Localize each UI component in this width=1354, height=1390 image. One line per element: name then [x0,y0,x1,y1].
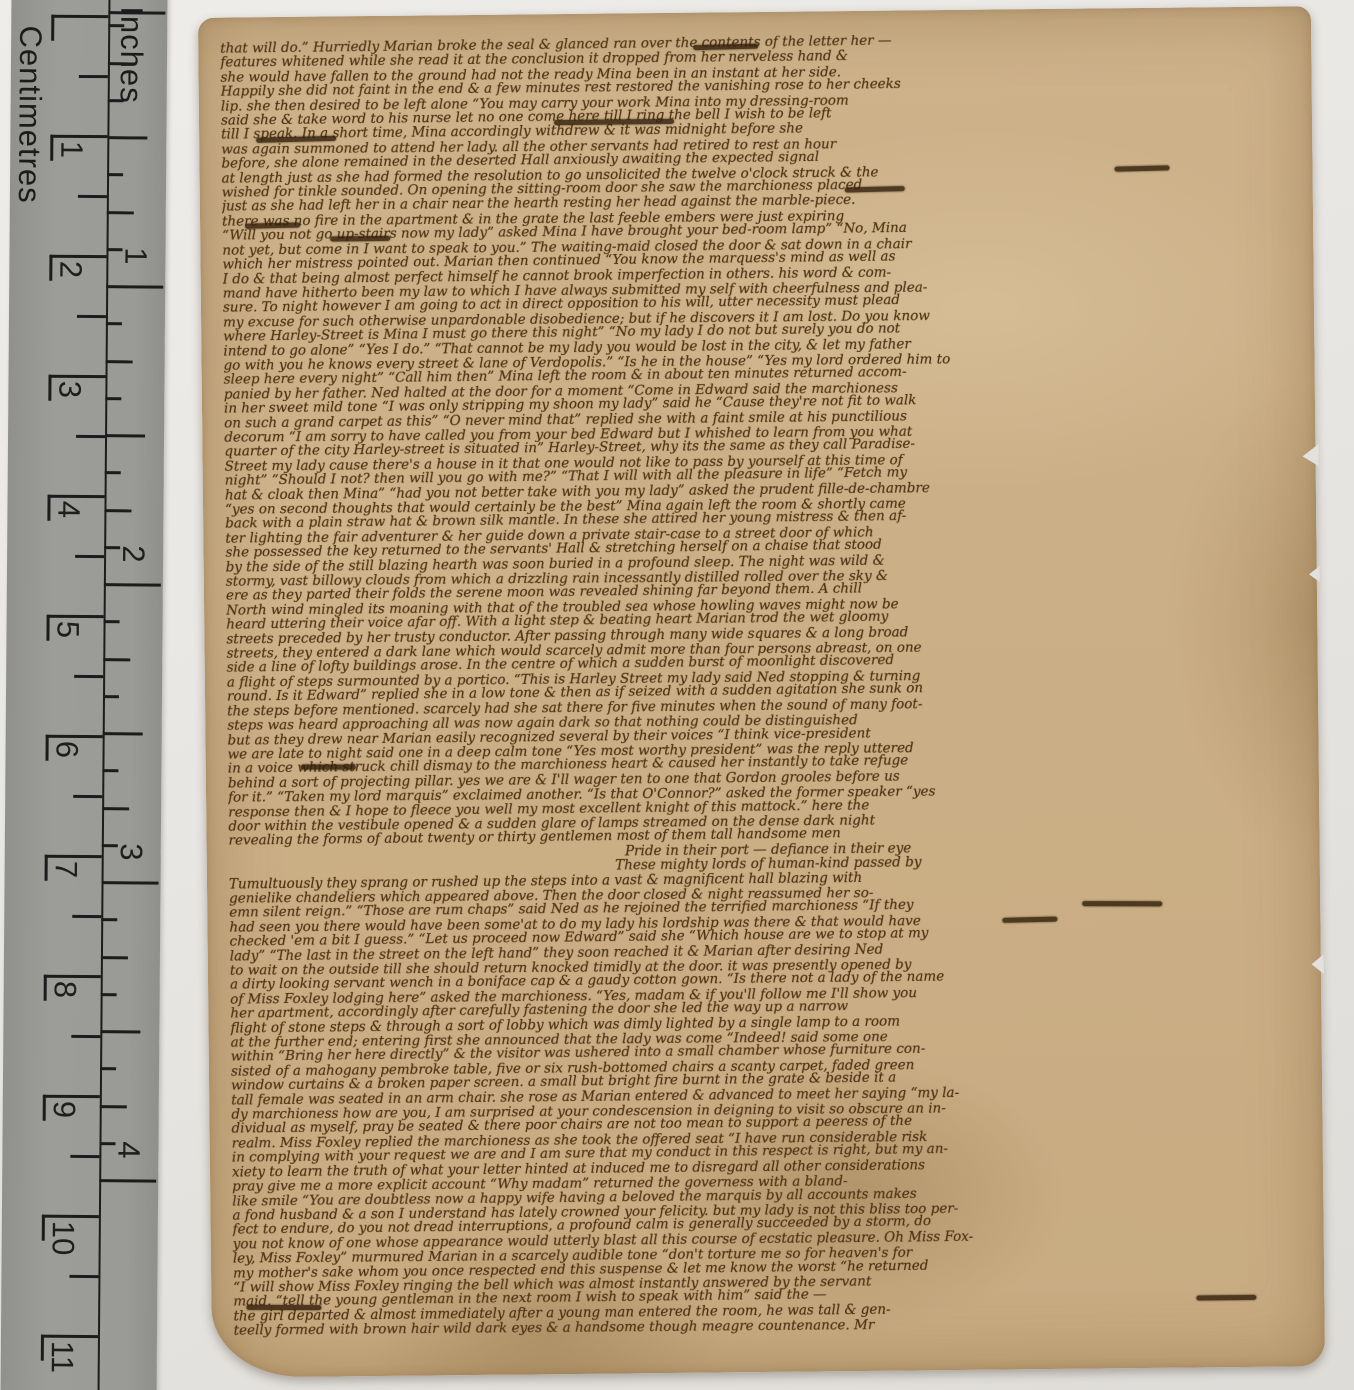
manuscript-page: that will do.” Hurriedly Marian broke th… [198,6,1325,1378]
ruler-tick [45,735,48,761]
paper-tear-notch [1302,444,1318,466]
ruler-tick [108,24,124,27]
ruler-tick [99,1179,156,1182]
ruler-tick [41,1335,44,1361]
ruler-tick [100,1105,127,1108]
ruler-tick [101,918,117,921]
ruler-tick [69,1275,98,1278]
ruler-tick [102,769,118,772]
ruler-tick [78,195,107,198]
ruler-inch-number: 3 [116,843,147,860]
ruler-tick [70,1155,99,1158]
ruler-tick [48,375,51,401]
ruler-tick [100,1067,116,1070]
ink-blot [1196,1295,1256,1301]
ink-blot [246,1305,321,1310]
ruler-tick [73,795,102,798]
ruler-tick [46,615,49,641]
ruler-tick [48,495,105,498]
ink-blot [330,236,390,242]
ink-smudges [198,6,1311,18]
ruler-tick [108,99,124,102]
ruler-tick [107,136,147,139]
ruler-tick [76,435,105,438]
ruler-tick [47,495,50,521]
ruler-cm-number: 4 [53,501,84,518]
ruler-tick [103,658,130,661]
ruler-cm-number: 2 [55,261,86,278]
ruler-tick [104,509,131,512]
ruler-tick [104,583,161,586]
ruler-cm-number: 8 [50,981,81,998]
ink-blot [1082,901,1162,906]
photo-backdrop: Inches Centimetres 12341234567891011 tha… [0,0,1354,1390]
ruler-tick [102,881,159,884]
ruler-tick [48,375,105,378]
ruler-tick [44,975,101,978]
ruler-tick [107,173,123,176]
ruler-cm-number: 5 [52,621,83,638]
ruler-tick [44,975,47,1001]
ruler-tick [51,15,108,18]
ruler-tick [106,285,163,288]
ruler-inch-number: 4 [113,1141,144,1158]
ruler-tick [107,211,134,214]
ruler-tick [47,615,104,618]
ruler-tick [105,397,121,400]
ruler-tick [106,360,133,363]
ruler-tick [50,135,107,138]
ruler-tick [105,434,145,437]
paper-tear-notch [1311,954,1324,974]
ruler-cm-number: 6 [52,741,83,758]
ruler-cm-number: 10 [48,1221,79,1256]
ruler-cm-number: 11 [47,1341,78,1373]
ruler-cm-number: 9 [49,1101,80,1118]
ruler-tick [103,732,143,735]
ruler-cm-number: 3 [54,381,85,398]
ruler-tick [105,471,121,474]
ruler-inch-number: 1 [120,247,151,264]
paper-tear-notch [1308,566,1320,582]
ruler-tick [41,1335,98,1338]
ruler-tick [100,1030,140,1033]
ruler-tick [43,1095,46,1121]
ruler-tick [101,993,117,996]
ruler-label-inches: Inches [113,6,150,104]
ruler-tick [74,675,103,678]
ruler-cm-number: 7 [51,861,82,878]
ruler-tick [102,807,129,810]
ruler-tick [103,695,119,698]
ruler-cm-number: 1 [56,141,87,158]
ruler-tick [45,855,48,881]
ruler-tick [49,255,52,281]
ruler-label-centimetres: Centimetres [11,25,48,203]
ruler-tick [46,735,103,738]
ruler-tick [45,855,102,858]
ruler-tick [50,135,53,161]
ruler-tick [79,75,108,78]
manuscript-text: that will do.” Hurriedly Marian broke th… [220,30,1313,1351]
ruler-tick [108,62,135,65]
ruler-tick [101,956,128,959]
ruler-tick [104,620,120,623]
ruler-tick [43,1095,100,1098]
ruler-tick [42,1215,45,1241]
ruler-tick [72,915,101,918]
ruler-tick [51,15,54,41]
measurement-ruler: Inches Centimetres 12341234567891011 [1,0,168,1390]
ink-blot [301,764,356,769]
ruler-tick [77,315,106,318]
ruler-inch-number: 2 [118,545,149,562]
ruler-tick [71,1035,100,1038]
ruler-tick [106,322,122,325]
ruler-tick [75,555,104,558]
ruler-tick [42,1215,99,1218]
ruler-tick [49,255,106,258]
